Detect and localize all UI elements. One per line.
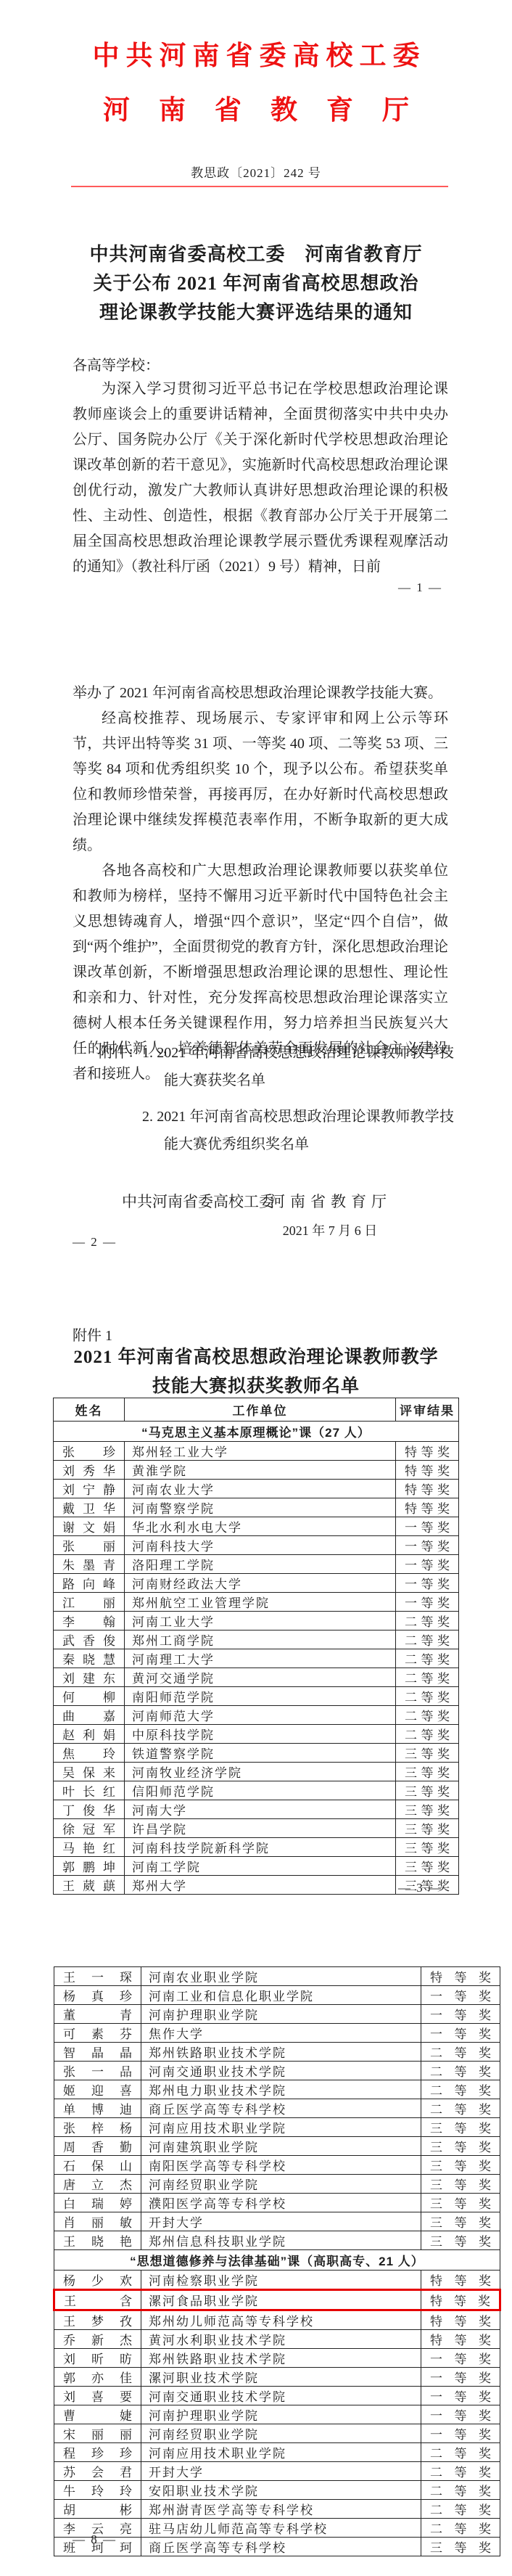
award-row: 张丽河南科技大学一等奖: [54, 1536, 459, 1555]
work-unit: 河南建筑职业学院: [141, 2137, 421, 2156]
review-result: 二等奖: [396, 1612, 459, 1630]
review-result: 三等奖: [421, 2538, 500, 2556]
work-unit: 郑州铁路职业技术学院: [141, 2349, 421, 2368]
work-unit: 河南工学院: [125, 1857, 396, 1876]
review-result: 二等奖: [421, 2043, 500, 2062]
teacher-name: 江丽: [54, 1593, 125, 1612]
work-unit: 驻马店幼儿师范高等专科学校: [141, 2519, 421, 2538]
work-unit: 开封大学: [141, 2212, 421, 2231]
review-result: 一等奖: [396, 1555, 459, 1574]
teacher-name: 牛玲玲: [54, 2481, 141, 2500]
review-result: 二等奖: [421, 2481, 500, 2500]
award-row: 马艳红河南科技学院新科学院三等奖: [54, 1838, 459, 1857]
award-row: 谢文娟华北水利水电大学一等奖: [54, 1517, 459, 1536]
work-unit: 河南财经政法大学: [125, 1574, 396, 1593]
issuer-org-1: 中共河南省委高校工委: [122, 1190, 274, 1212]
work-unit: 河南科技大学: [125, 1536, 396, 1555]
work-unit: 中原科技学院: [125, 1725, 396, 1744]
award-row: 张一品河南交通职业技术学院二等奖: [54, 2062, 500, 2080]
review-result: 二等奖: [421, 2099, 500, 2118]
work-unit: 河南警察学院: [125, 1498, 396, 1517]
appendix-1-label: 附件 1: [73, 1324, 112, 1345]
award-row: 王晓艳郑州信息科技职业学院三等奖: [54, 2231, 500, 2250]
teacher-name: 叶长红: [54, 1781, 125, 1800]
review-result: 一等奖: [421, 2368, 500, 2387]
work-unit: 焦作大学: [141, 2024, 421, 2043]
review-result: 一等奖: [421, 2387, 500, 2405]
teacher-name: 李翰: [54, 1612, 125, 1630]
notice-title-line-2: 关于公布 2021 年河南省高校思想政治: [0, 269, 512, 298]
review-result: 三等奖: [396, 1800, 459, 1819]
table-header-row: 姓名 工作单位 评审结果: [54, 1398, 459, 1422]
award-row: 朱墨青洛阳理工学院一等奖: [54, 1555, 459, 1574]
work-unit: 郑州铁路职业技术学院: [141, 2043, 421, 2062]
review-result: 三等奖: [396, 1763, 459, 1781]
attachment-item-2: 2. 2021 年河南省高校思想政治理论课教师教学技能大赛优秀组织奖名单: [142, 1103, 454, 1158]
work-unit: 洛阳理工学院: [125, 1555, 396, 1574]
page-marker-3: — 3 —: [398, 1881, 442, 1895]
award-row: 郭鹏坤河南工学院三等奖: [54, 1857, 459, 1876]
award-row: 武香俊郑州工商学院二等奖: [54, 1630, 459, 1649]
review-result: 三等奖: [396, 1838, 459, 1857]
issuer-org-2: 河南省教育厅: [270, 1190, 392, 1212]
award-row: 张梓杨河南应用技术职业学院三等奖: [54, 2118, 500, 2137]
teacher-name: 可素芬: [54, 2024, 141, 2043]
teacher-name: 姬迎喜: [54, 2080, 141, 2099]
review-result: 三等奖: [421, 2194, 500, 2212]
award-row: 吴保来河南牧业经济学院三等奖: [54, 1763, 459, 1781]
teacher-name: 杨少欢: [54, 2271, 141, 2290]
review-result: 一等奖: [396, 1574, 459, 1593]
body-page-2: 举办了 2021 年河南省高校思想政治理论课教学技能大赛。 经高校推荐、现场展示…: [73, 681, 448, 1087]
award-row: 石保山南阳医学高等专科学校三等奖: [54, 2156, 500, 2175]
teacher-name: 路向峰: [54, 1574, 125, 1593]
work-unit: 河南工业和信息化职业学院: [141, 1986, 421, 2005]
teacher-name: 谢文娟: [54, 1517, 125, 1536]
teacher-name: 白瑞婷: [54, 2194, 141, 2212]
paragraph-1: 为深入学习贯彻习近平总书记在学校思想政治理论课教师座谈会上的重要讲话精神，全面贯…: [73, 377, 448, 580]
work-unit: 郑州航空工业管理学院: [125, 1593, 396, 1612]
letterhead-line-1: 中共河南省委高校工委: [0, 33, 512, 73]
award-row: 杨少欢河南检察职业学院特等奖: [54, 2271, 500, 2290]
teacher-name: 张珍: [54, 1442, 125, 1461]
review-result: 一等奖: [421, 2405, 500, 2424]
review-result: 一等奖: [421, 2424, 500, 2443]
teacher-name: 武香俊: [54, 1630, 125, 1649]
issue-date: 2021 年 7 月 6 日: [270, 1221, 390, 1239]
review-result: 特等奖: [396, 1498, 459, 1517]
work-unit: 黄河水利职业技术学院: [141, 2330, 421, 2349]
teacher-name: 曲嘉: [54, 1706, 125, 1725]
award-row: 班珂珂商丘医学高等专科学校三等奖: [54, 2538, 500, 2556]
review-result: 三等奖: [396, 1781, 459, 1800]
review-result: 二等奖: [396, 1687, 459, 1706]
work-unit: 河南经贸职业学院: [141, 2424, 421, 2443]
teacher-name: 吴保来: [54, 1763, 125, 1781]
review-result: 一等奖: [421, 1986, 500, 2005]
teacher-name: 董青: [54, 2005, 141, 2024]
teacher-name: 郭鹏坤: [54, 1857, 125, 1876]
award-row: 周香勤河南建筑职业学院三等奖: [54, 2137, 500, 2156]
award-row: 丁俊华河南大学三等奖: [54, 1800, 459, 1819]
teacher-name: 王一琛: [54, 1967, 141, 1986]
award-row: 王含漯河食品职业学院特等奖: [54, 2290, 500, 2310]
teacher-name: 单博迪: [54, 2099, 141, 2118]
teacher-name: 周香勤: [54, 2137, 141, 2156]
award-row: 王梦孜郑州幼儿师范高等专科学校特等奖: [54, 2310, 500, 2330]
work-unit: 河南科技学院新科学院: [125, 1838, 396, 1857]
review-result: 特等奖: [396, 1442, 459, 1461]
column-header-review-result: 评审结果: [396, 1398, 459, 1422]
review-result: 二等奖: [421, 2500, 500, 2519]
award-row: 焦玲铁道警察学院三等奖: [54, 1744, 459, 1763]
work-unit: 河南农业职业学院: [141, 1967, 421, 1986]
page-marker-1: — 1 —: [398, 581, 442, 595]
work-unit: 安阳职业技术学院: [141, 2481, 421, 2500]
review-result: 二等奖: [396, 1668, 459, 1687]
work-unit: 郑州幼儿师范高等专科学校: [141, 2310, 421, 2330]
award-row: 智晶晶郑州铁路职业技术学院二等奖: [54, 2043, 500, 2062]
award-row: 白瑞婷濮阳医学高等专科学校三等奖: [54, 2194, 500, 2212]
award-row: 郭亦佳漯河职业技术学院一等奖: [54, 2368, 500, 2387]
work-unit: 河南应用技术职业学院: [141, 2118, 421, 2137]
teacher-name: 张一品: [54, 2062, 141, 2080]
review-result: 二等奖: [396, 1630, 459, 1649]
teacher-name: 刘昕昉: [54, 2349, 141, 2368]
award-row: 单博迪商丘医学高等专科学校二等奖: [54, 2099, 500, 2118]
work-unit: 铁道警察学院: [125, 1744, 396, 1763]
work-unit: 信阳师范学院: [125, 1781, 396, 1800]
award-row: 刘昕昉郑州铁路职业技术学院一等奖: [54, 2349, 500, 2368]
award-row: 牛玲玲安阳职业技术学院二等奖: [54, 2481, 500, 2500]
work-unit: 河南牧业经济学院: [125, 1763, 396, 1781]
work-unit: 漯河食品职业学院: [141, 2290, 421, 2310]
work-unit: 河南大学: [125, 1800, 396, 1819]
work-unit: 河南应用技术职业学院: [141, 2443, 421, 2462]
award-row: 戴卫华河南警察学院特等奖: [54, 1498, 459, 1517]
appendix-1-title-line-1: 2021 年河南省高校思想政治理论课教师教学: [0, 1342, 512, 1369]
work-unit: 河南交通职业技术学院: [141, 2062, 421, 2080]
review-result: 一等奖: [421, 2005, 500, 2024]
teacher-name: 徐冠军: [54, 1819, 125, 1838]
award-row: 李云亮驻马店幼儿师范高等专科学校二等奖: [54, 2519, 500, 2538]
award-row: 刘秀华黄淮学院特等奖: [54, 1461, 459, 1480]
teacher-name: 马艳红: [54, 1838, 125, 1857]
attachment-item-1: 1. 2021 年河南省高校思想政治理论课教师教学技能大赛获奖名单: [142, 1039, 454, 1094]
review-result: 二等奖: [421, 2080, 500, 2099]
paragraph-1-continuation: 举办了 2021 年河南省高校思想政治理论课教学技能大赛。: [73, 681, 448, 706]
teacher-name: 肖丽敏: [54, 2212, 141, 2231]
page-marker-8: — 8 —: [73, 2532, 117, 2547]
award-row: 宋丽丽河南经贸职业学院一等奖: [54, 2424, 500, 2443]
review-result: 三等奖: [396, 1819, 459, 1838]
award-row: 王一琛河南农业职业学院特等奖: [54, 1967, 500, 1986]
review-result: 三等奖: [421, 2231, 500, 2250]
award-row: 刘喜要河南交通职业技术学院一等奖: [54, 2387, 500, 2405]
teacher-name: 曹婕: [54, 2405, 141, 2424]
work-unit: 商丘医学高等专科学校: [141, 2538, 421, 2556]
teacher-name: 智晶晶: [54, 2043, 141, 2062]
body-page-1: 为深入学习贯彻习近平总书记在学校思想政治理论课教师座谈会上的重要讲话精神，全面贯…: [73, 377, 448, 580]
award-row: 李翰河南工业大学二等奖: [54, 1612, 459, 1630]
teacher-name: 焦玲: [54, 1744, 125, 1763]
work-unit: 郑州轻工业大学: [125, 1442, 396, 1461]
teacher-name: 何柳: [54, 1687, 125, 1706]
course-section-row: “思想道德修养与法律基础”课（高职高专、21 人）: [54, 2250, 500, 2271]
teacher-name: 刘秀华: [54, 1461, 125, 1480]
teacher-name: 乔新杰: [54, 2330, 141, 2349]
review-result: 三等奖: [396, 1857, 459, 1876]
review-result: 三等奖: [421, 2118, 500, 2137]
work-unit: 河南工业大学: [125, 1612, 396, 1630]
award-row: 曲嘉河南师范大学二等奖: [54, 1706, 459, 1725]
review-result: 二等奖: [421, 2462, 500, 2481]
work-unit: 漯河职业技术学院: [141, 2368, 421, 2387]
work-unit: 河南师范大学: [125, 1706, 396, 1725]
column-header-work-unit: 工作单位: [125, 1398, 396, 1422]
award-row: 杨真珍河南工业和信息化职业学院一等奖: [54, 1986, 500, 2005]
review-result: 三等奖: [421, 2175, 500, 2194]
official-document-scan: 中共河南省委高校工委 河南省教育厅 教思政〔2021〕242 号 中共河南省委高…: [0, 0, 512, 2576]
award-row: 乔新杰黄河水利职业技术学院特等奖: [54, 2330, 500, 2349]
review-result: 三等奖: [421, 2137, 500, 2156]
award-row: 刘建东黄河交通学院二等奖: [54, 1668, 459, 1687]
review-result: 特等奖: [421, 2271, 500, 2290]
award-row: 叶长红信阳师范学院三等奖: [54, 1781, 459, 1800]
letterhead-line-2: 河南省教育厅: [0, 88, 512, 127]
review-result: 一等奖: [396, 1593, 459, 1612]
salutation: 各高等学校：: [73, 353, 160, 374]
review-result: 二等奖: [421, 2519, 500, 2538]
awards-table-page-3: 姓名 工作单位 评审结果 “马克思主义基本原理概论”课（27 人）张珍郑州轻工业…: [53, 1398, 459, 1895]
teacher-name: 石保山: [54, 2156, 141, 2175]
teacher-name: 丁俊华: [54, 1800, 125, 1819]
teacher-name: 王晓艳: [54, 2231, 141, 2250]
award-row: 赵利娟中原科技学院二等奖: [54, 1725, 459, 1744]
awards-table-page-8: 王一琛河南农业职业学院特等奖杨真珍河南工业和信息化职业学院一等奖董青河南护理职业…: [53, 1966, 501, 2556]
red-separator-line: [71, 186, 448, 187]
work-unit: 郑州电力职业技术学院: [141, 2080, 421, 2099]
award-row: 路向峰河南财经政法大学一等奖: [54, 1574, 459, 1593]
award-row: 秦晓慧河南理工大学二等奖: [54, 1649, 459, 1668]
work-unit: 郑州澍青医学高等专科学校: [141, 2500, 421, 2519]
review-result: 三等奖: [421, 2212, 500, 2231]
course-section-label: “马克思主义基本原理概论”课（27 人）: [54, 1422, 459, 1442]
award-row: 董青河南护理职业学院一等奖: [54, 2005, 500, 2024]
work-unit: 河南检察职业学院: [141, 2271, 421, 2290]
column-header-name: 姓名: [54, 1398, 125, 1422]
work-unit: 河南理工大学: [125, 1649, 396, 1668]
work-unit: 河南交通职业技术学院: [141, 2387, 421, 2405]
teacher-name: 郭亦佳: [54, 2368, 141, 2387]
teacher-name: 戴卫华: [54, 1498, 125, 1517]
teacher-name: 苏会君: [54, 2462, 141, 2481]
award-row: 张珍郑州轻工业大学特等奖: [54, 1442, 459, 1461]
review-result: 三等奖: [396, 1744, 459, 1763]
review-result: 特等奖: [421, 1967, 500, 1986]
teacher-name: 王含: [54, 2290, 141, 2310]
teacher-name: 宋丽丽: [54, 2424, 141, 2443]
teacher-name: 刘宁静: [54, 1480, 125, 1498]
work-unit: 濮阳医学高等专科学校: [141, 2194, 421, 2212]
attachments-list: 附件： 1. 2021 年河南省高校思想政治理论课教师教学技能大赛获奖名单 2.…: [99, 1039, 454, 1167]
review-result: 特等奖: [421, 2290, 500, 2310]
review-result: 一等奖: [396, 1536, 459, 1555]
teacher-name: 程珍珍: [54, 2443, 141, 2462]
review-result: 一等奖: [396, 1517, 459, 1536]
teacher-name: 王梦孜: [54, 2310, 141, 2330]
teacher-name: 胡彬: [54, 2500, 141, 2519]
review-result: 二等奖: [396, 1706, 459, 1725]
work-unit: 河南经贸职业学院: [141, 2175, 421, 2194]
review-result: 二等奖: [421, 2062, 500, 2080]
award-row: 可素芬焦作大学一等奖: [54, 2024, 500, 2043]
teacher-name: 张梓杨: [54, 2118, 141, 2137]
work-unit: 河南农业大学: [125, 1480, 396, 1498]
teacher-name: 张丽: [54, 1536, 125, 1555]
award-row: 程珍珍河南应用技术职业学院二等奖: [54, 2443, 500, 2462]
teacher-name: 唐立杰: [54, 2175, 141, 2194]
award-row: 江丽郑州航空工业管理学院一等奖: [54, 1593, 459, 1612]
teacher-name: 赵利娟: [54, 1725, 125, 1744]
review-result: 二等奖: [396, 1649, 459, 1668]
award-row: 姬迎喜郑州电力职业技术学院二等奖: [54, 2080, 500, 2099]
award-row: 胡彬郑州澍青医学高等专科学校二等奖: [54, 2500, 500, 2519]
award-row: 苏会君开封大学二等奖: [54, 2462, 500, 2481]
award-row: 何柳南阳师范学院二等奖: [54, 1687, 459, 1706]
work-unit: 许昌学院: [125, 1819, 396, 1838]
award-row: 徐冠军许昌学院三等奖: [54, 1819, 459, 1838]
work-unit: 河南护理职业学院: [141, 2405, 421, 2424]
work-unit: 南阳医学高等专科学校: [141, 2156, 421, 2175]
review-result: 二等奖: [421, 2443, 500, 2462]
teacher-name: 刘建东: [54, 1668, 125, 1687]
work-unit: 郑州工商学院: [125, 1630, 396, 1649]
award-row: 刘宁静河南农业大学特等奖: [54, 1480, 459, 1498]
teacher-name: 秦晓慧: [54, 1649, 125, 1668]
course-section-row: “马克思主义基本原理概论”课（27 人）: [54, 1422, 459, 1442]
notice-title-line-3: 理论课教学技能大赛评选结果的通知: [0, 298, 512, 327]
paragraph-2: 经高校推荐、现场展示、专家评审和网上公示等环节，共评出特等奖 31 项、一等奖 …: [73, 706, 448, 858]
teacher-name: 刘喜要: [54, 2387, 141, 2405]
work-unit: 商丘医学高等专科学校: [141, 2099, 421, 2118]
work-unit: 郑州信息科技职业学院: [141, 2231, 421, 2250]
work-unit: 河南护理职业学院: [141, 2005, 421, 2024]
attachments-label: 附件：: [99, 1039, 142, 1167]
teacher-name: 王葳蕻: [54, 1876, 125, 1895]
review-result: 特等奖: [396, 1461, 459, 1480]
work-unit: 黄淮学院: [125, 1461, 396, 1480]
work-unit: 南阳师范学院: [125, 1687, 396, 1706]
document-number: 教思政〔2021〕242 号: [0, 163, 512, 181]
notice-title: 中共河南省委高校工委 河南省教育厅 关于公布 2021 年河南省高校思想政治 理…: [0, 240, 512, 327]
award-row: 唐立杰河南经贸职业学院三等奖: [54, 2175, 500, 2194]
work-unit: 华北水利水电大学: [125, 1517, 396, 1536]
review-result: 三等奖: [421, 2156, 500, 2175]
work-unit: 黄河交通学院: [125, 1668, 396, 1687]
review-result: 一等奖: [421, 2349, 500, 2368]
page-marker-2: — 2 —: [73, 1235, 117, 1250]
review-result: 特等奖: [421, 2310, 500, 2330]
work-unit: 开封大学: [141, 2462, 421, 2481]
review-result: 特等奖: [396, 1480, 459, 1498]
teacher-name: 朱墨青: [54, 1555, 125, 1574]
notice-title-line-1: 中共河南省委高校工委 河南省教育厅: [0, 240, 512, 269]
teacher-name: 杨真珍: [54, 1986, 141, 2005]
review-result: 二等奖: [396, 1725, 459, 1744]
review-result: 特等奖: [421, 2330, 500, 2349]
course-section-label: “思想道德修养与法律基础”课（高职高专、21 人）: [54, 2250, 500, 2271]
review-result: 一等奖: [421, 2024, 500, 2043]
appendix-1-title-line-2: 技能大赛拟获奖教师名单: [0, 1371, 512, 1398]
work-unit: 郑州大学: [125, 1876, 396, 1895]
award-row: 曹婕河南护理职业学院一等奖: [54, 2405, 500, 2424]
award-row: 肖丽敏开封大学三等奖: [54, 2212, 500, 2231]
